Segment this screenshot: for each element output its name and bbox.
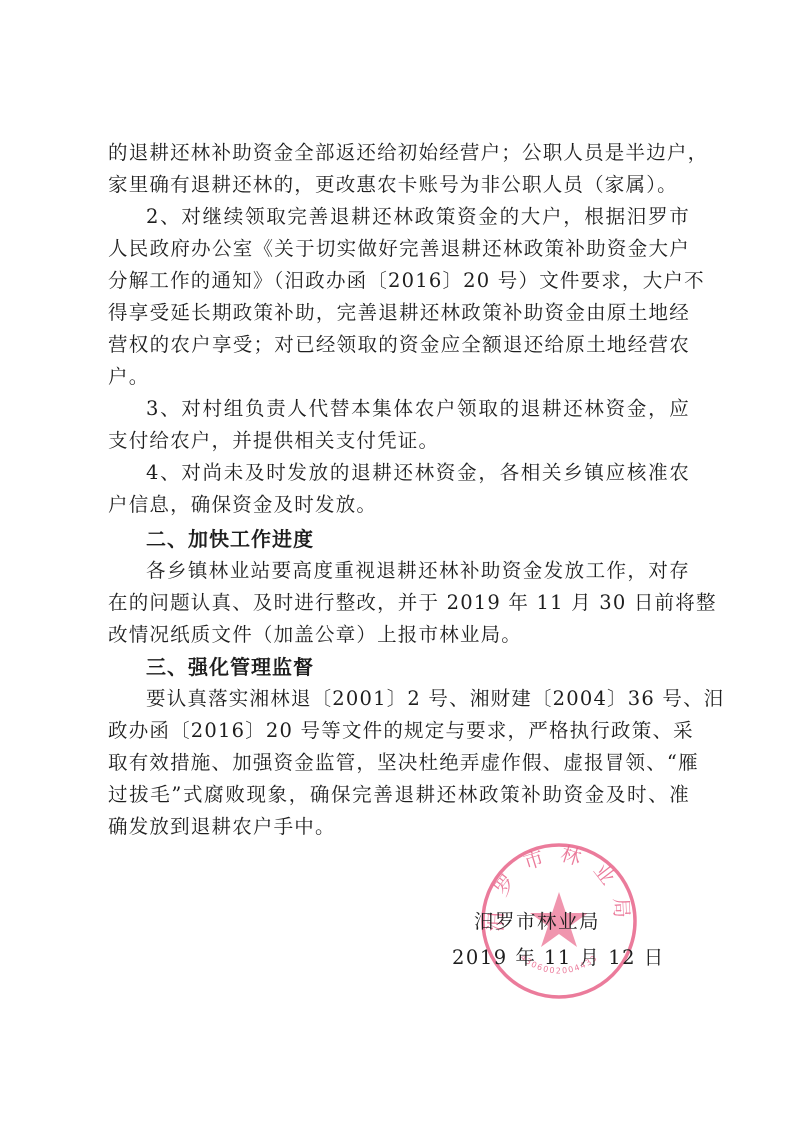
signature-org: 汨罗市林业局 bbox=[474, 906, 600, 934]
paragraph-line: 人民政府办公室《关于切实做好完善退耕还林政策补助资金大户 bbox=[108, 234, 690, 264]
paragraph-line: 家里确有退耕还林的，更改惠农卡账号为非公职人员（家属）。 bbox=[108, 170, 678, 200]
section-heading: 二、加快工作进度 bbox=[146, 524, 314, 554]
paragraph-line: 营权的农户享受；对已经领取的资金应全额退还给原土地经营农 bbox=[108, 330, 690, 360]
paragraph-line: 各乡镇林业站要高度重视退耕还林补助资金发放工作，对存 bbox=[146, 556, 690, 586]
paragraph-line: 的退耕还林补助资金全部返还给初始经营户；公职人员是半边户， bbox=[108, 138, 690, 168]
paragraph-line: 3、对村组负责人代替本集体农户领取的退耕还林资金，应 bbox=[146, 394, 690, 424]
paragraph-line: 户信息，确保资金及时发放。 bbox=[108, 490, 377, 520]
paragraph-line: 户。 bbox=[108, 362, 149, 392]
paragraph-line: 改情况纸质文件（加盖公章）上报市林业局。 bbox=[108, 620, 522, 650]
paragraph-line: 过拔毛”式腐败现象，确保完善退耕还林政策补助资金及时、准 bbox=[108, 780, 690, 810]
paragraph-line: 分解工作的通知》（汨政办函〔2016〕20 号）文件要求，大户不 bbox=[108, 266, 690, 296]
paragraph-line: 得享受延长期政策补助，完善退耕还林政策补助资金由原土地经 bbox=[108, 298, 690, 328]
paragraph-line: 取有效措施、加强资金监管，坚决杜绝弄虚作假、虚报冒领、“雁 bbox=[108, 748, 690, 778]
section-heading: 三、强化管理监督 bbox=[146, 652, 314, 682]
paragraph-line: 在的问题认真、及时进行整改，并于 2019 年 11 月 30 日前将整 bbox=[108, 588, 690, 618]
paragraph-line: 4、对尚未及时发放的退耕还林资金，各相关乡镇应核准农 bbox=[146, 458, 690, 488]
paragraph-line: 支付给农户，并提供相关支付凭证。 bbox=[108, 426, 439, 456]
paragraph-line: 政办函〔2016〕20 号等文件的规定与要求，严格执行政策、采 bbox=[108, 716, 690, 746]
paragraph-line: 2、对继续领取完善退耕还林政策资金的大户，根据汨罗市 bbox=[146, 202, 690, 232]
paragraph-line: 要认真落实湘林退〔2001〕2 号、湘财建〔2004〕36 号、汨 bbox=[146, 684, 690, 714]
paragraph-line: 确发放到退耕农户手中。 bbox=[108, 812, 336, 842]
signature-date: 2019 年 11 月 12 日 bbox=[452, 942, 665, 970]
